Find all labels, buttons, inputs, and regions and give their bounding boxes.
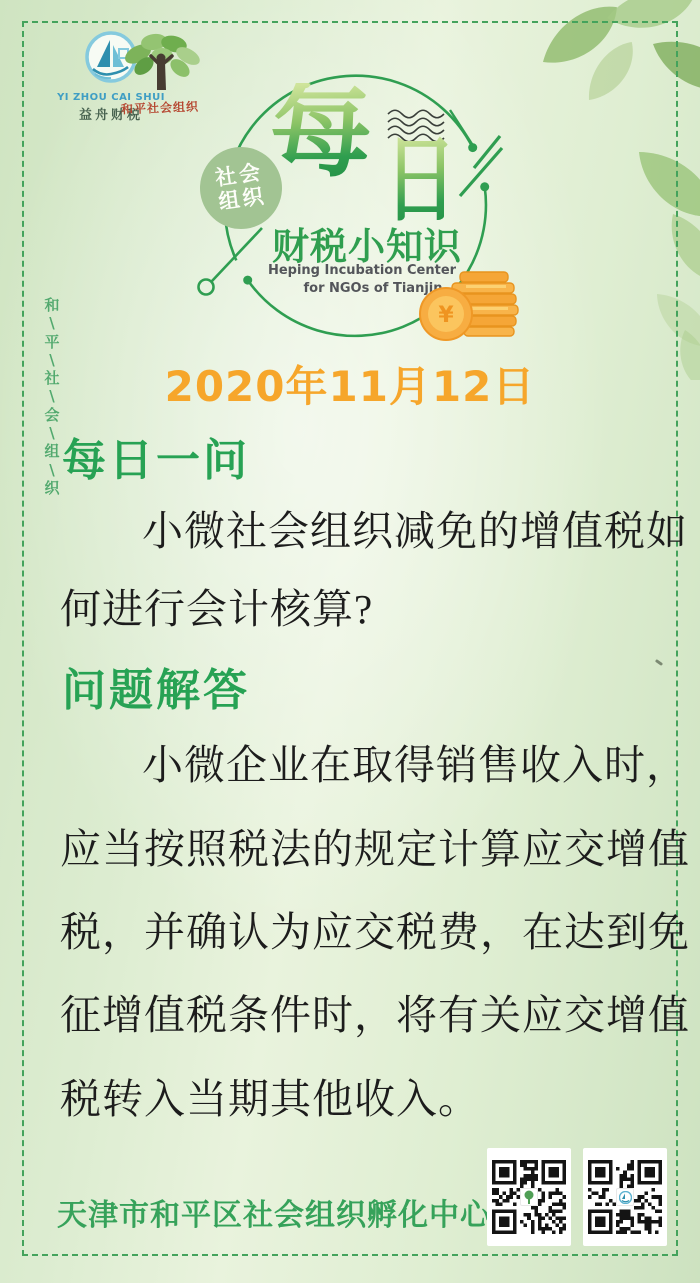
qr-code-heping (487, 1148, 571, 1246)
yuan-symbol: ¥ (438, 303, 454, 328)
date-text: 2020年11月12日 (0, 354, 700, 414)
leaf-speck (655, 659, 663, 666)
footer-org-name: 天津市和平区社会组织孵化中心 (57, 1190, 491, 1234)
question-line: 何进行会计核算? (60, 576, 680, 635)
daily-tax-emblem: 社会 组织 每 日 财税小知识 Heping Incubation Center… (150, 50, 570, 362)
poster-background: YI ZHOU CAI SHUI 益舟财税 和平社会组织 (0, 0, 700, 1283)
answer-line: 应当按照税法的规定计算应交增值 (60, 816, 680, 875)
qr-code-yizhou (583, 1148, 667, 1246)
answer-line: 税转入当期其他收入。 (60, 1066, 680, 1125)
answer-line: 征增值税条件时，将有关应交增值 (60, 982, 680, 1041)
coins-icon: ¥ (416, 264, 522, 344)
title-char-ri: 日 (384, 134, 457, 228)
answer-heading: 问题解答 (62, 654, 250, 718)
question-line: 小微社会组织减免的增值税如 (60, 498, 680, 557)
qr-center-tree-icon (520, 1188, 538, 1206)
answer-line: 小微企业在取得销售收入时， (60, 732, 680, 791)
badge-text-line2: 组织 (217, 185, 268, 215)
qr-center-boat-icon (616, 1188, 634, 1206)
question-heading: 每日一问 (62, 424, 250, 488)
title-char-mei: 每 (270, 83, 372, 185)
answer-line: 税，并确认为应交税费，在达到免 (60, 899, 680, 958)
